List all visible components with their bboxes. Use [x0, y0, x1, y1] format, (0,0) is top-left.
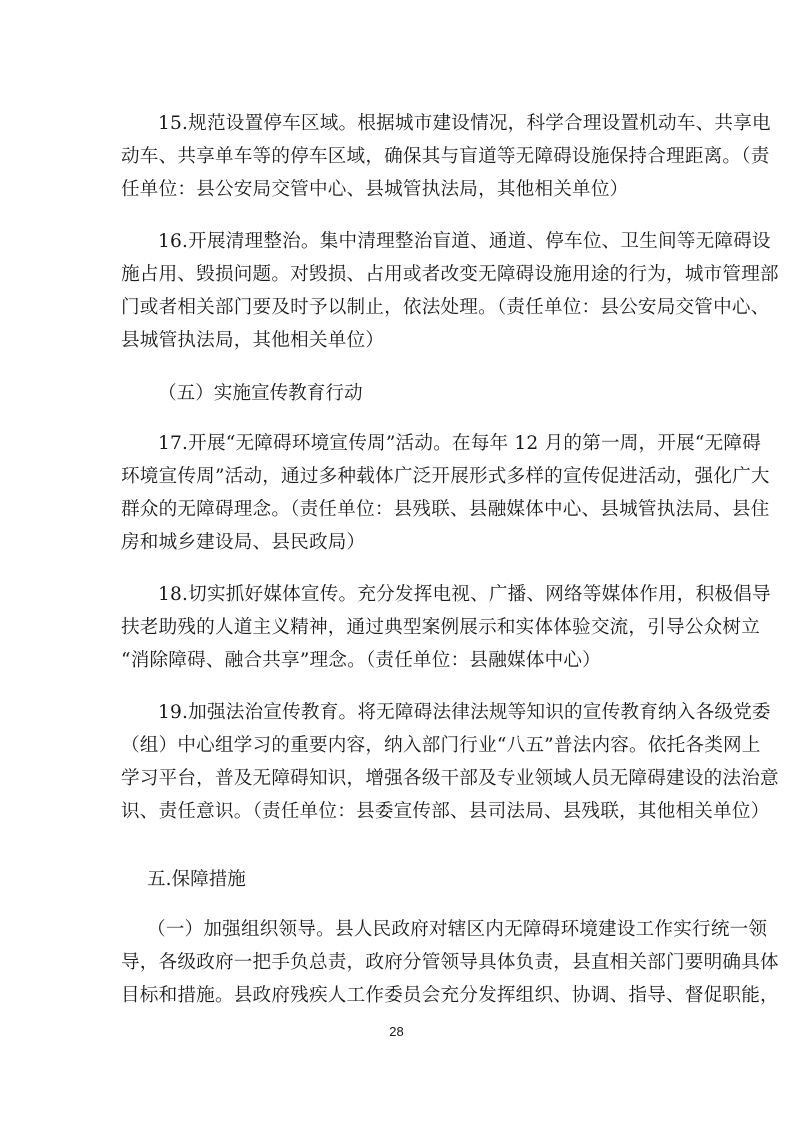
- text-line: 门或者相关部门要及时予以制止，依法处理。（责任单位：县公安局交管中心、: [121, 291, 673, 324]
- text-line: 县城管执法局，其他相关单位）: [121, 324, 673, 357]
- text-line: 动车、共享单车等的停车区域，确保其与盲道等无障碍设施保持合理距离。（责: [121, 140, 673, 173]
- text-line: 19.加强法治宣传教育。将无障碍法律法规等知识的宣传教育纳入各级党委: [121, 696, 673, 729]
- text-line: （一）加强组织领导。县人民政府对辖区内无障碍环境建设工作实行统一领: [121, 913, 673, 946]
- text-line: “消除障碍、融合共享”理念。（责任单位：县融媒体中心）: [121, 644, 673, 677]
- text-line: 群众的无障碍理念。（责任单位：县残联、县融媒体中心、县城管执法局、县住: [121, 493, 673, 526]
- item-17-paragraph: 17.开展“无障碍环境宣传周”活动。在每年 12 月的第一周，开展“无障碍 环境…: [121, 427, 673, 559]
- item-19-paragraph: 19.加强法治宣传教育。将无障碍法律法规等知识的宣传教育纳入各级党委 （组）中心…: [121, 696, 673, 828]
- text-line: 目标和措施。县政府残疾人工作委员会充分发挥组织、协调、指导、督促职能，: [121, 979, 673, 1012]
- text-line: 17.开展“无障碍环境宣传周”活动。在每年 12 月的第一周，开展“无障碍: [121, 427, 673, 460]
- page-number: 28: [0, 1024, 793, 1039]
- measure-1-paragraph: （一）加强组织领导。县人民政府对辖区内无障碍环境建设工作实行统一领 导，各级政府…: [121, 913, 673, 1012]
- text-line: 识、责任意识。（责任单位：县委宣传部、县司法局、县残联，其他相关单位）: [121, 795, 673, 828]
- section-heading-5: （五）实施宣传教育行动: [158, 377, 363, 410]
- text-line: 施占用、毁损问题。对毁损、占用或者改变无障碍设施用途的行为，城市管理部: [121, 258, 673, 291]
- item-18-paragraph: 18.切实抓好媒体宣传。充分发挥电视、广播、网络等媒体作用，积极倡导 扶老助残的…: [121, 578, 673, 677]
- text-line: 学习平台，普及无障碍知识，增强各级干部及专业领域人员无障碍建设的法治意: [121, 762, 673, 795]
- text-line: 16.开展清理整治。集中清理整治盲道、通道、停车位、卫生间等无障碍设: [121, 225, 673, 258]
- text-line: 15.规范设置停车区域。根据城市建设情况，科学合理设置机动车、共享电: [121, 107, 673, 140]
- text-line: 任单位：县公安局交管中心、县城管执法局，其他相关单位）: [121, 173, 673, 206]
- text-line: 18.切实抓好媒体宣传。充分发挥电视、广播、网络等媒体作用，积极倡导: [121, 578, 673, 611]
- item-16-paragraph: 16.开展清理整治。集中清理整治盲道、通道、停车位、卫生间等无障碍设 施占用、毁…: [121, 225, 673, 357]
- text-line: 环境宣传周”活动，通过多种载体广泛开展形式多样的宣传促进活动，强化广大: [121, 460, 673, 493]
- text-line: 扶老助残的人道主义精神，通过典型案例展示和实体体验交流，引导公众树立: [121, 611, 673, 644]
- text-line: 导，各级政府一把手负总责，政府分管领导具体负责，县直相关部门要明确具体: [121, 946, 673, 979]
- chapter-heading-5: 五.保障措施: [147, 863, 246, 896]
- text-line: （组）中心组学习的重要内容，纳入部门行业“八五”普法内容。依托各类网上: [121, 729, 673, 762]
- text-line: 房和城乡建设局、县民政局）: [121, 526, 673, 559]
- item-15-paragraph: 15.规范设置停车区域。根据城市建设情况，科学合理设置机动车、共享电 动车、共享…: [121, 107, 673, 206]
